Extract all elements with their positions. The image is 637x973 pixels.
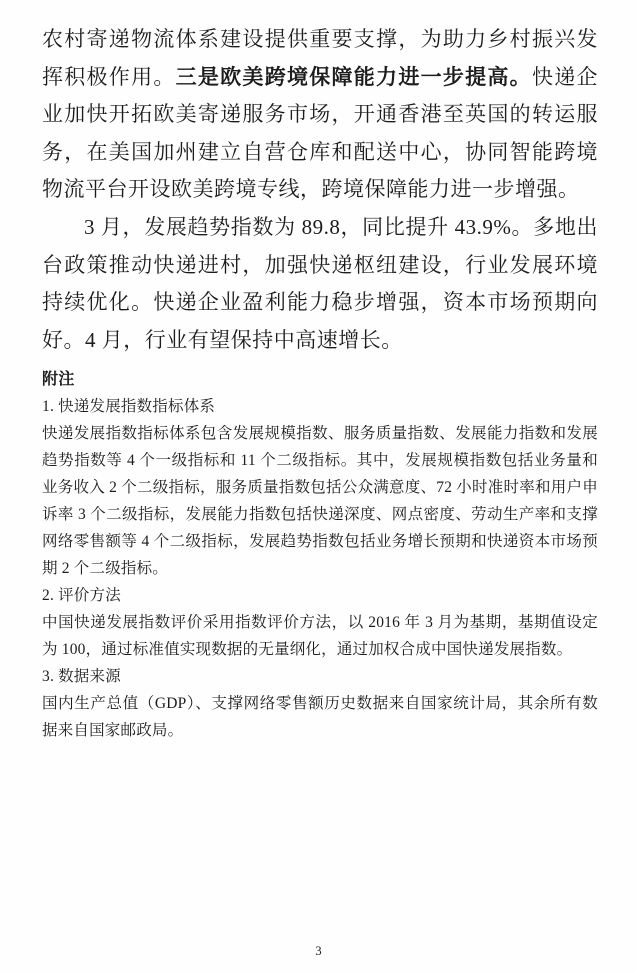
page-number: 3 bbox=[0, 944, 637, 959]
appendix-notes-title: 附注 bbox=[42, 366, 598, 393]
note-heading: 2. 评价方法 bbox=[42, 582, 598, 609]
note-body: 国内生产总值（GDP）、支撑网络零售额历史数据来自国家统计局，其余所有数据来自国… bbox=[42, 690, 598, 744]
note-heading: 3. 数据来源 bbox=[42, 663, 598, 690]
paragraph-trend-index: 3 月，发展趋势指数为 89.8，同比提升 43.9%。多地出台政策推动快递进村… bbox=[42, 209, 598, 359]
note-item-data-source: 3. 数据来源 国内生产总值（GDP）、支撑网络零售额历史数据来自国家统计局，其… bbox=[42, 663, 598, 744]
document-page: 农村寄递物流体系建设提供重要支撑，为助力乡村振兴发挥积极作用。三是欧美跨境保障能… bbox=[0, 0, 637, 973]
note-item-index-system: 1. 快递发展指数指标体系 快递发展指数指标体系包含发展规模指数、服务质量指数、… bbox=[42, 393, 598, 582]
note-item-evaluation-method: 2. 评价方法 中国快递发展指数评价采用指数评价方法，以 2016 年 3 月为… bbox=[42, 582, 598, 663]
paragraph-cross-border: 农村寄递物流体系建设提供重要支撑，为助力乡村振兴发挥积极作用。三是欧美跨境保障能… bbox=[42, 21, 598, 209]
note-body: 快递发展指数指标体系包含发展规模指数、服务质量指数、发展能力指数和发展趋势指数等… bbox=[42, 420, 598, 582]
note-body: 中国快递发展指数评价采用指数评价方法，以 2016 年 3 月为基期，基期值设定… bbox=[42, 609, 598, 663]
main-body: 农村寄递物流体系建设提供重要支撑，为助力乡村振兴发挥积极作用。三是欧美跨境保障能… bbox=[42, 21, 598, 359]
appendix-notes: 附注 1. 快递发展指数指标体系 快递发展指数指标体系包含发展规模指数、服务质量… bbox=[42, 366, 598, 744]
note-heading: 1. 快递发展指数指标体系 bbox=[42, 393, 598, 420]
paragraph-bold-emphasis: 三是欧美跨境保障能力进一步提高。 bbox=[176, 65, 532, 89]
